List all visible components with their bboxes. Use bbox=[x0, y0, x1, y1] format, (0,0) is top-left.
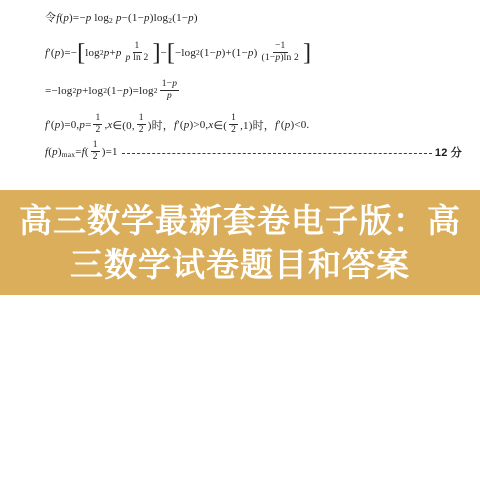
banner-title-line-2: 三数学试卷题目和答案 bbox=[70, 243, 410, 287]
fraction: 1−pp bbox=[160, 79, 179, 102]
title-banner: 高三数学最新套卷电子版：高 三数学试卷题目和答案 bbox=[0, 190, 480, 295]
fraction: 12 bbox=[93, 113, 102, 136]
dotted-leader bbox=[122, 153, 432, 154]
fraction: 1p ln 2 bbox=[124, 41, 151, 64]
math-line-5: f(p)max=f(12)=1 12 分 bbox=[45, 139, 462, 165]
fraction: 12 bbox=[91, 140, 100, 163]
solution-steps: 令f(p)=−p log2 p−(1−p)log2(1−p) f′(p)=−[ … bbox=[0, 0, 480, 190]
math-line-2: f′(p)=−[ log2 p+p1p ln 2 ]−[−log2(1−p)+(… bbox=[45, 38, 462, 68]
blank-area bbox=[0, 295, 480, 480]
fraction: −1(1−p)ln 2 bbox=[259, 41, 301, 64]
math-line-3: =−log2 p+log2(1−p)=log2 1−pp bbox=[45, 78, 462, 104]
math-line-4: f′(p)=0,p=12,x∈(0,12)时，f′(p)>0,x∈(12,1)时… bbox=[45, 112, 462, 138]
fraction: 12 bbox=[229, 113, 238, 136]
math-line-1: 令f(p)=−p log2 p−(1−p)log2(1−p) bbox=[45, 9, 462, 25]
score-marker: 12 分 bbox=[435, 144, 462, 160]
banner-title-line-1: 高三数学最新套卷电子版：高 bbox=[19, 199, 461, 243]
page: 令f(p)=−p log2 p−(1−p)log2(1−p) f′(p)=−[ … bbox=[0, 0, 480, 480]
fraction: 12 bbox=[137, 113, 146, 136]
math-expression: f(p)max=f(12)=1 bbox=[45, 141, 118, 164]
